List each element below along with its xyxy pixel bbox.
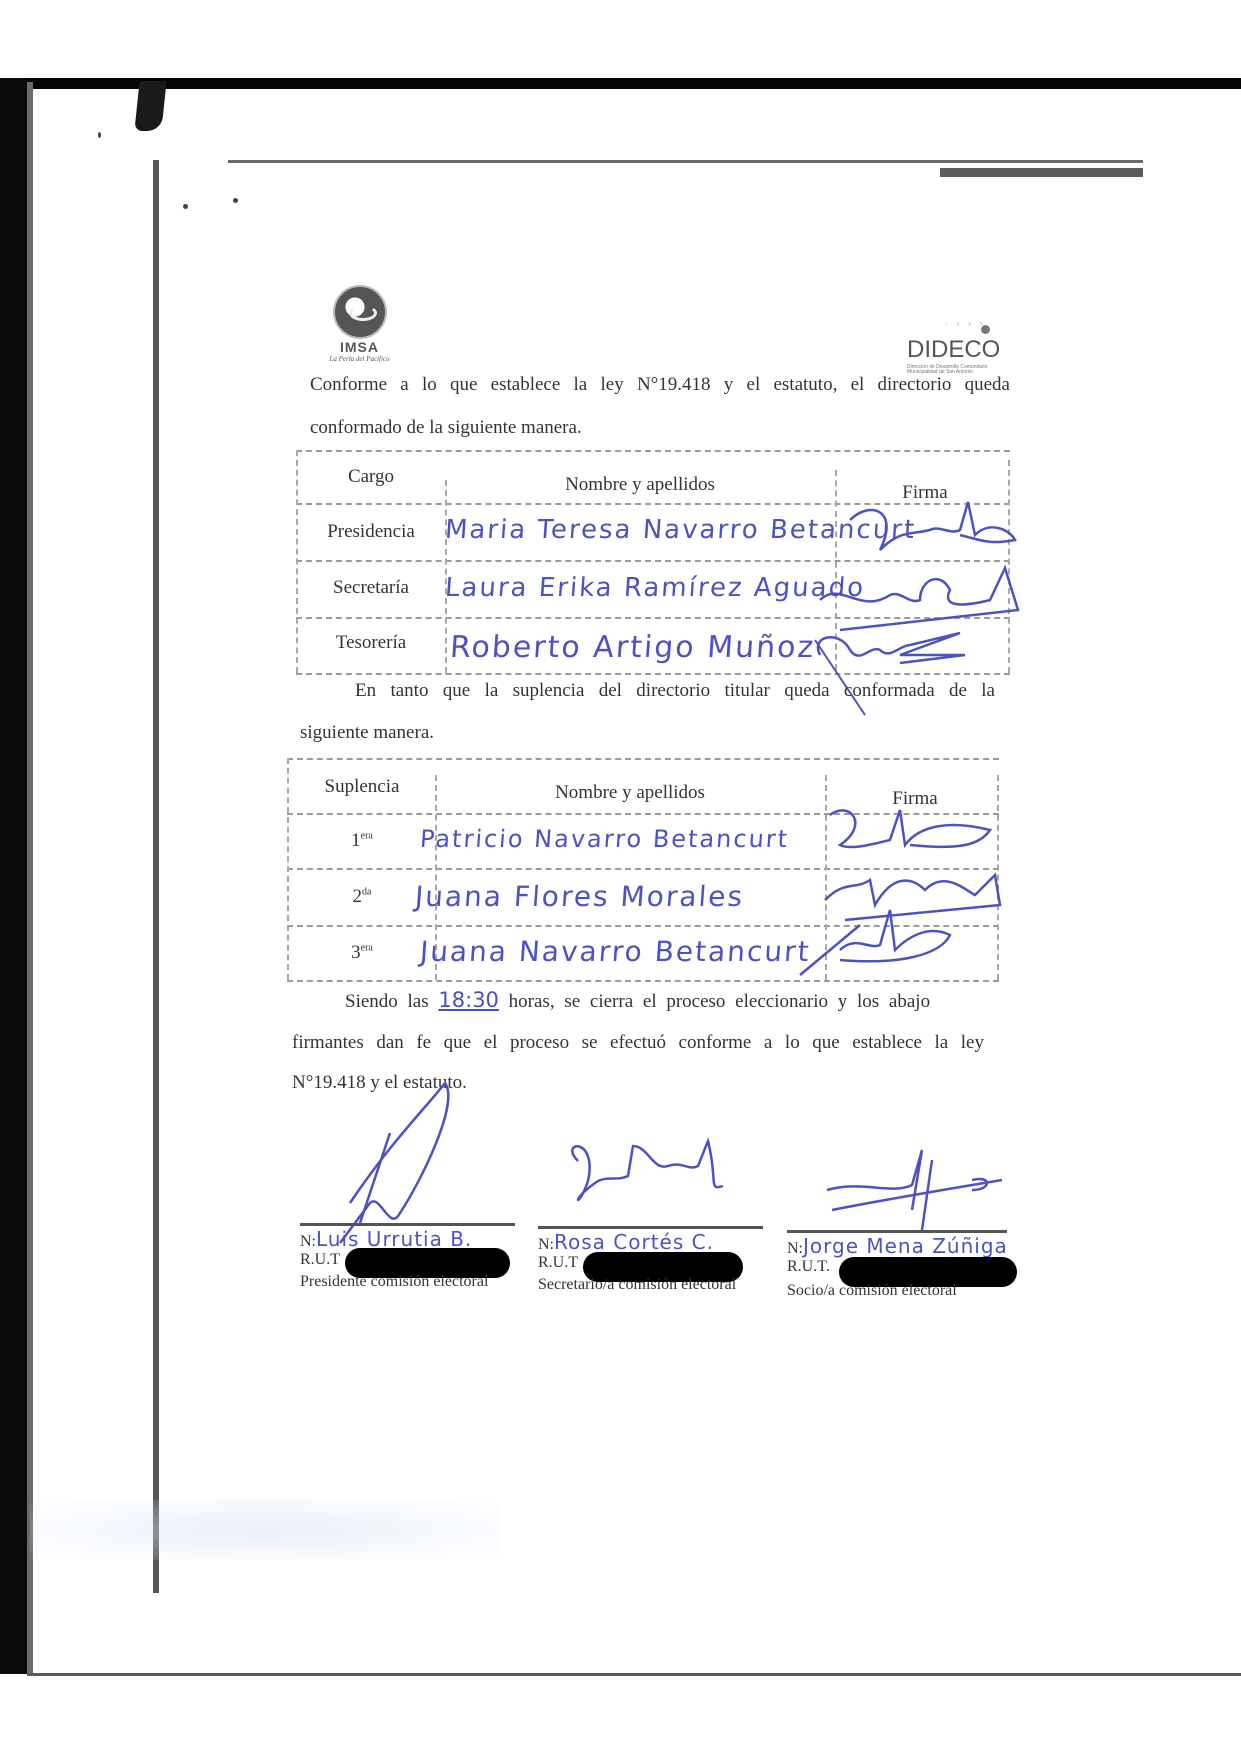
scan-border-left bbox=[0, 78, 27, 1674]
header-nombre: Nombre y apellidos bbox=[460, 474, 820, 496]
dideco-globe-icon bbox=[981, 325, 990, 334]
signature-line bbox=[300, 1223, 515, 1226]
closing-line-1: Siendo las 18:30 horas, se cierra el pro… bbox=[345, 985, 985, 1017]
role-label: Presidente comisión electoral bbox=[300, 1273, 488, 1291]
header-nombre: Nombre y apellidos bbox=[450, 782, 810, 804]
imsa-emblem-icon bbox=[333, 285, 387, 339]
role-label: Secretario/a comisión electoral bbox=[538, 1276, 736, 1294]
suplencia-intro-line-2: siguiente manera. bbox=[300, 718, 434, 748]
signature-line bbox=[787, 1230, 1007, 1233]
rut-row: R.U.T bbox=[538, 1254, 578, 1272]
rut-row: R.U.T. bbox=[787, 1258, 830, 1276]
handwritten-name: Patricio Navarro Betancurt bbox=[419, 825, 790, 853]
scan-speck bbox=[233, 198, 238, 203]
row-cargo-secretaria: Secretaría bbox=[296, 577, 446, 599]
dideco-dots-icon: · › › › bbox=[945, 318, 986, 328]
signature-presidencia bbox=[840, 500, 1020, 565]
dideco-logo: · › › › DIDECO Dirección de Desarrollo C… bbox=[905, 318, 1008, 376]
scan-blot bbox=[134, 81, 166, 131]
scan-speck bbox=[98, 132, 101, 138]
scan-margin-line bbox=[153, 160, 159, 1593]
row-cargo-tesoreria: Tesorería bbox=[296, 632, 446, 654]
imsa-logo-tagline: La Perla del Pacífico bbox=[312, 355, 407, 363]
scan-smudge bbox=[30, 1500, 500, 1560]
handwritten-name: Juana Flores Morales bbox=[414, 880, 745, 913]
intro-line-1: Conforme a lo que establece la ley N°19.… bbox=[310, 370, 1010, 400]
suplencia-intro-line-1: En tanto que la suplencia del directorio… bbox=[355, 676, 995, 706]
signature-secretario bbox=[558, 1141, 728, 1236]
handwritten-name: Roberto Artigo Muñoz bbox=[449, 630, 817, 665]
signature-suplencia-3 bbox=[800, 905, 980, 980]
rut-row: R.U.T bbox=[300, 1251, 340, 1269]
handwritten-name: Juana Navarro Betancurt bbox=[419, 935, 812, 968]
row-cargo-presidencia: Presidencia bbox=[296, 521, 446, 543]
header-cargo: Cargo bbox=[296, 466, 446, 488]
scan-top-rule-thick bbox=[940, 168, 1143, 177]
signature-line bbox=[538, 1226, 763, 1229]
role-label: Socio/a comisión electoral bbox=[787, 1282, 957, 1300]
scan-speck bbox=[183, 204, 188, 209]
row-orden-3: 3era bbox=[287, 942, 437, 964]
closing-line-2: firmantes dan fe que el proceso se efect… bbox=[292, 1028, 984, 1058]
name-row: N:Rosa Cortés C. bbox=[538, 1230, 714, 1254]
scan-border-bottom bbox=[27, 1673, 1241, 1676]
handwritten-name: Laura Erika Ramírez Aguado bbox=[444, 573, 866, 603]
imsa-logo-name: IMSA bbox=[312, 339, 407, 355]
dideco-logo-name: DIDECO bbox=[907, 336, 1000, 364]
scan-border-top bbox=[0, 78, 1241, 89]
row-orden-1: 1era bbox=[287, 830, 437, 852]
scan-top-rule bbox=[228, 160, 1143, 163]
header-suplencia: Suplencia bbox=[287, 776, 437, 798]
scan-edge-shadow bbox=[27, 82, 33, 1674]
intro-line-2: conformado de la siguiente manera. bbox=[310, 413, 582, 443]
handwritten-time: 18:30 bbox=[438, 988, 499, 1012]
imsa-logo: IMSA La Perla del Pacífico bbox=[312, 285, 407, 369]
name-row: N:Jorge Mena Zúñiga bbox=[787, 1234, 1008, 1258]
